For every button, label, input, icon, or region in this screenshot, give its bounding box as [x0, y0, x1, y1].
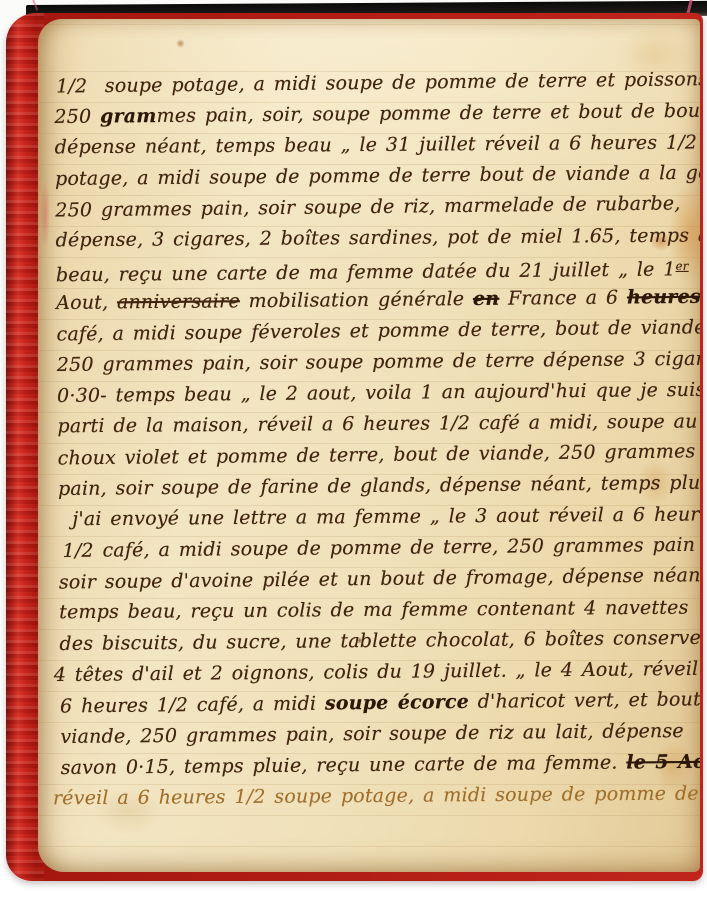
struck-text-segment: anniversaire [117, 290, 240, 313]
text-segment: réveil a 6 heures 1/2 soupe potage, a mi… [53, 782, 700, 809]
text-segment: 250 [54, 106, 100, 128]
text-segment: pain, soir soupe de farine de glands, dé… [58, 472, 700, 500]
text-segment: soir soupe d'avoine pilée et un bout de … [59, 564, 700, 593]
handwriting-line: réveil a 6 heures 1/2 soupe potage, a mi… [53, 778, 700, 814]
text-segment: 0·30- temps beau „ le 2 aout, voila 1 an… [57, 379, 700, 407]
text-segment: 1/2 soupe potage, a midi soupe de pomme … [56, 68, 700, 97]
text-segment: des biscuits, du sucre, une tablette cho… [59, 627, 700, 655]
text-segment: savon 0·15, temps pluie, reçu une carte … [61, 752, 627, 779]
handwriting-line: dépense néant, temps beau „ le 31 juille… [55, 127, 699, 163]
struck-text-segment: en [473, 288, 500, 310]
handwriting-text: 1/2 soupe potage, a midi soupe de pomme … [54, 65, 700, 815]
text-segment: dépense néant, temps beau „ le 31 juille… [55, 131, 700, 158]
text-segment: mes pain, soir, soupe pomme de terre et … [156, 100, 700, 128]
text-segment: 6 heures 1/2 café, a midi [60, 693, 325, 718]
text-segment: café, a midi soupe féveroles et pomme de… [56, 316, 700, 345]
text-segment: temps beau, reçu un colis de ma femme co… [59, 597, 688, 624]
struck-text-segment: heures [627, 286, 700, 309]
text-segment: choux violet et pomme de terre, bout de … [58, 440, 696, 469]
text-segment: 1/2 café, a midi soupe de pomme de terre… [63, 534, 696, 562]
text-segment: j'ai envoyé une lettre a ma femme „ le 3… [72, 503, 700, 530]
text-segment: mobilisation générale [240, 288, 473, 312]
text-segment: gram [100, 105, 157, 128]
text-segment: 250 grammes pain, soir soupe de riz, mar… [55, 192, 680, 221]
handwriting-line: dépense, 3 cigares, 2 boîtes sardines, p… [56, 220, 700, 256]
text-segment: d'haricot vert, et bout de [469, 688, 700, 713]
text-segment: er [676, 259, 689, 273]
text-segment: potage, a midi soupe de pomme de terre b… [55, 161, 700, 190]
text-segment: soupe écorce [325, 691, 469, 715]
handwriting-line: temps beau, reçu un colis de ma femme co… [59, 592, 700, 628]
text-segment: France a 6 [499, 287, 627, 310]
text-segment: 4 têtes d'ail et 2 oignons, colis du 19 … [54, 658, 700, 686]
text-segment: Aout, [56, 291, 117, 314]
text-segment: viande, 250 grammes pain, soir soupe de … [60, 720, 684, 748]
text-segment: dépense, 3 cigares, 2 boîtes sardines, p… [56, 224, 700, 251]
text-segment: 250 grammes pain, soir soupe pomme de te… [57, 348, 700, 376]
scanned-notebook-page: 1/2 soupe potage, a midi soupe de pomme … [0, 0, 707, 900]
text-segment: parti de la maison, réveil a 6 heures 1/… [57, 411, 697, 438]
handwriting-line: j'ai envoyé une lettre a ma femme „ le 3… [72, 499, 700, 535]
notebook-paper-page: 1/2 soupe potage, a midi soupe de pomme … [38, 19, 700, 872]
struck-text-segment: le 5 Aout [626, 751, 700, 774]
